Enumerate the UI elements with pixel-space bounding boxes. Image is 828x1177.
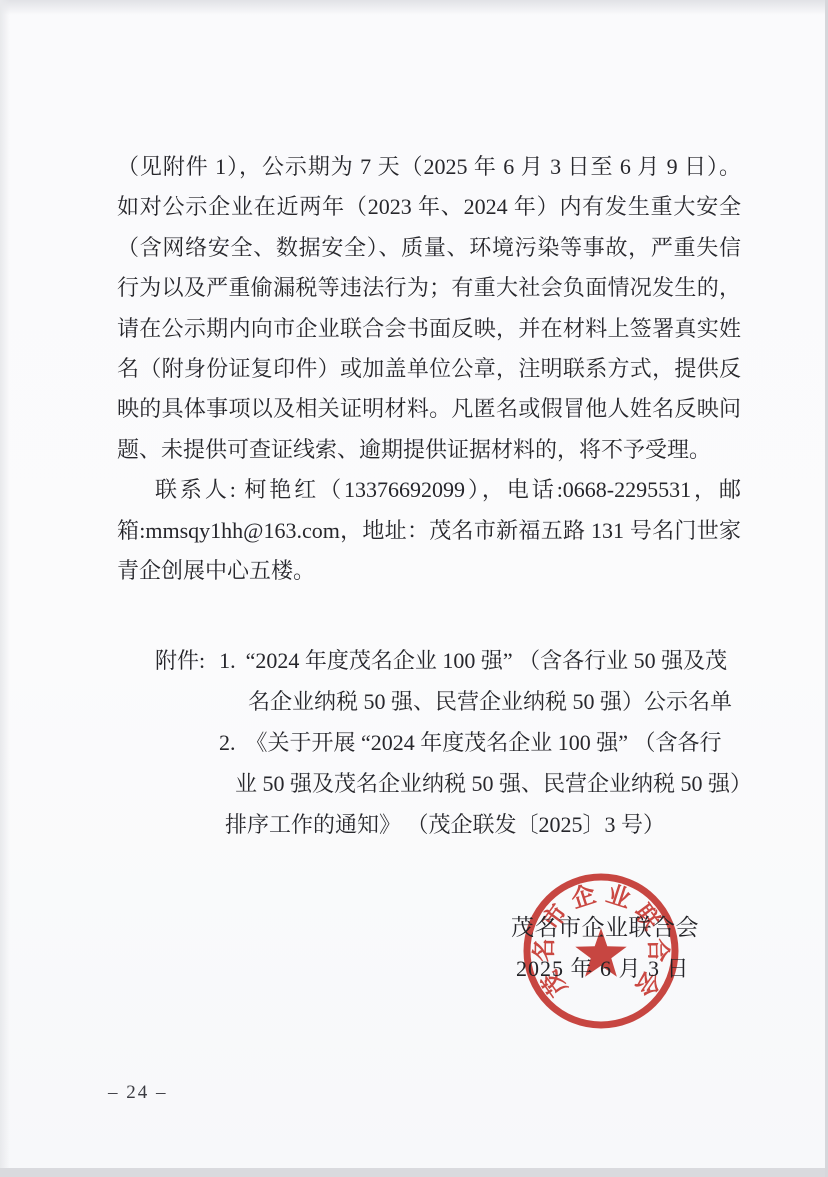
scanned-document-page: （见附件 1），公示期为 7 天（2025 年 6 月 3 日至 6 月 9 日… [0, 0, 828, 1177]
contact-line: 联系人: 柯艳红（13376692099），电话:0668-2295531，邮 [117, 470, 741, 510]
attachment-number: 1. [205, 648, 246, 673]
attachment-item-2-line-3: 排序工作的通知》 （茂企联发〔2025〕3 号） [117, 804, 777, 845]
seal-graphic: 茂名市企业联合会 [521, 871, 681, 1031]
body-line: 映的具体事项以及相关证明材料。凡匿名或假冒他人姓名反映问 [117, 389, 741, 429]
attachment-item-2-line-1: 2.《关于开展 “2024 年度茂名企业 100 强” （含各行 [117, 722, 777, 763]
body-line: 行为以及严重偷漏税等违法行为；有重大社会负面情况发生的， [117, 268, 741, 308]
body-line: （见附件 1），公示期为 7 天（2025 年 6 月 3 日至 6 月 9 日… [117, 147, 741, 187]
page-number: – 24 – [108, 1082, 168, 1104]
body-line: 如对公示企业在近两年（2023 年、2024 年）内有发生重大安全 [117, 187, 741, 227]
attachment-item-1-line-2: 名企业纳税 50 强、民营企业纳税 50 强）公示名单 [117, 681, 777, 722]
notice-body: （见附件 1），公示期为 7 天（2025 年 6 月 3 日至 6 月 9 日… [117, 147, 741, 591]
attachment-number: 2. [219, 730, 246, 755]
attachment-list: 附件:1.“2024 年度茂名企业 100 强” （含各行业 50 强及茂 名企… [117, 640, 777, 845]
official-seal: 茂名市企业联合会 [521, 871, 681, 1031]
attachment-item-2-line-2: 业 50 强及茂名企业纳税 50 强、民营企业纳税 50 强） [117, 763, 777, 804]
signature-date: 2025 年 6 月 3 日 [516, 952, 690, 983]
attachment-item-1-line-1: 附件:1.“2024 年度茂名企业 100 强” （含各行业 50 强及茂 [117, 640, 777, 681]
attachment-label: 附件: [155, 648, 205, 673]
attachment-text: “2024 年度茂名企业 100 强” （含各行业 50 强及茂 [246, 648, 728, 673]
body-line: 名（附身份证复印件）或加盖单位公章，注明联系方式，提供反 [117, 349, 741, 389]
contact-line: 箱:mmsqy1hh@163.com，地址：茂名市新福五路 131 号名门世家 [117, 511, 741, 551]
signature-organization: 茂名市企业联合会 [511, 909, 699, 942]
body-line: 题、未提供可查证线索、逾期提供证据材料的，将不予受理。 [117, 430, 741, 470]
scan-edge-left [0, 0, 10, 1177]
body-line: 请在公示期内向市企业联合会书面反映，并在材料上签署真实姓 [117, 309, 741, 349]
body-line: （含网络安全、数据安全）、质量、环境污染等事故，严重失信 [117, 228, 741, 268]
attachment-text: 《关于开展 “2024 年度茂名企业 100 强” （含各行 [246, 730, 722, 755]
contact-line: 青企创展中心五楼。 [117, 551, 741, 591]
scan-edge-bottom [0, 1168, 828, 1177]
scan-edge-top [0, 0, 828, 15]
